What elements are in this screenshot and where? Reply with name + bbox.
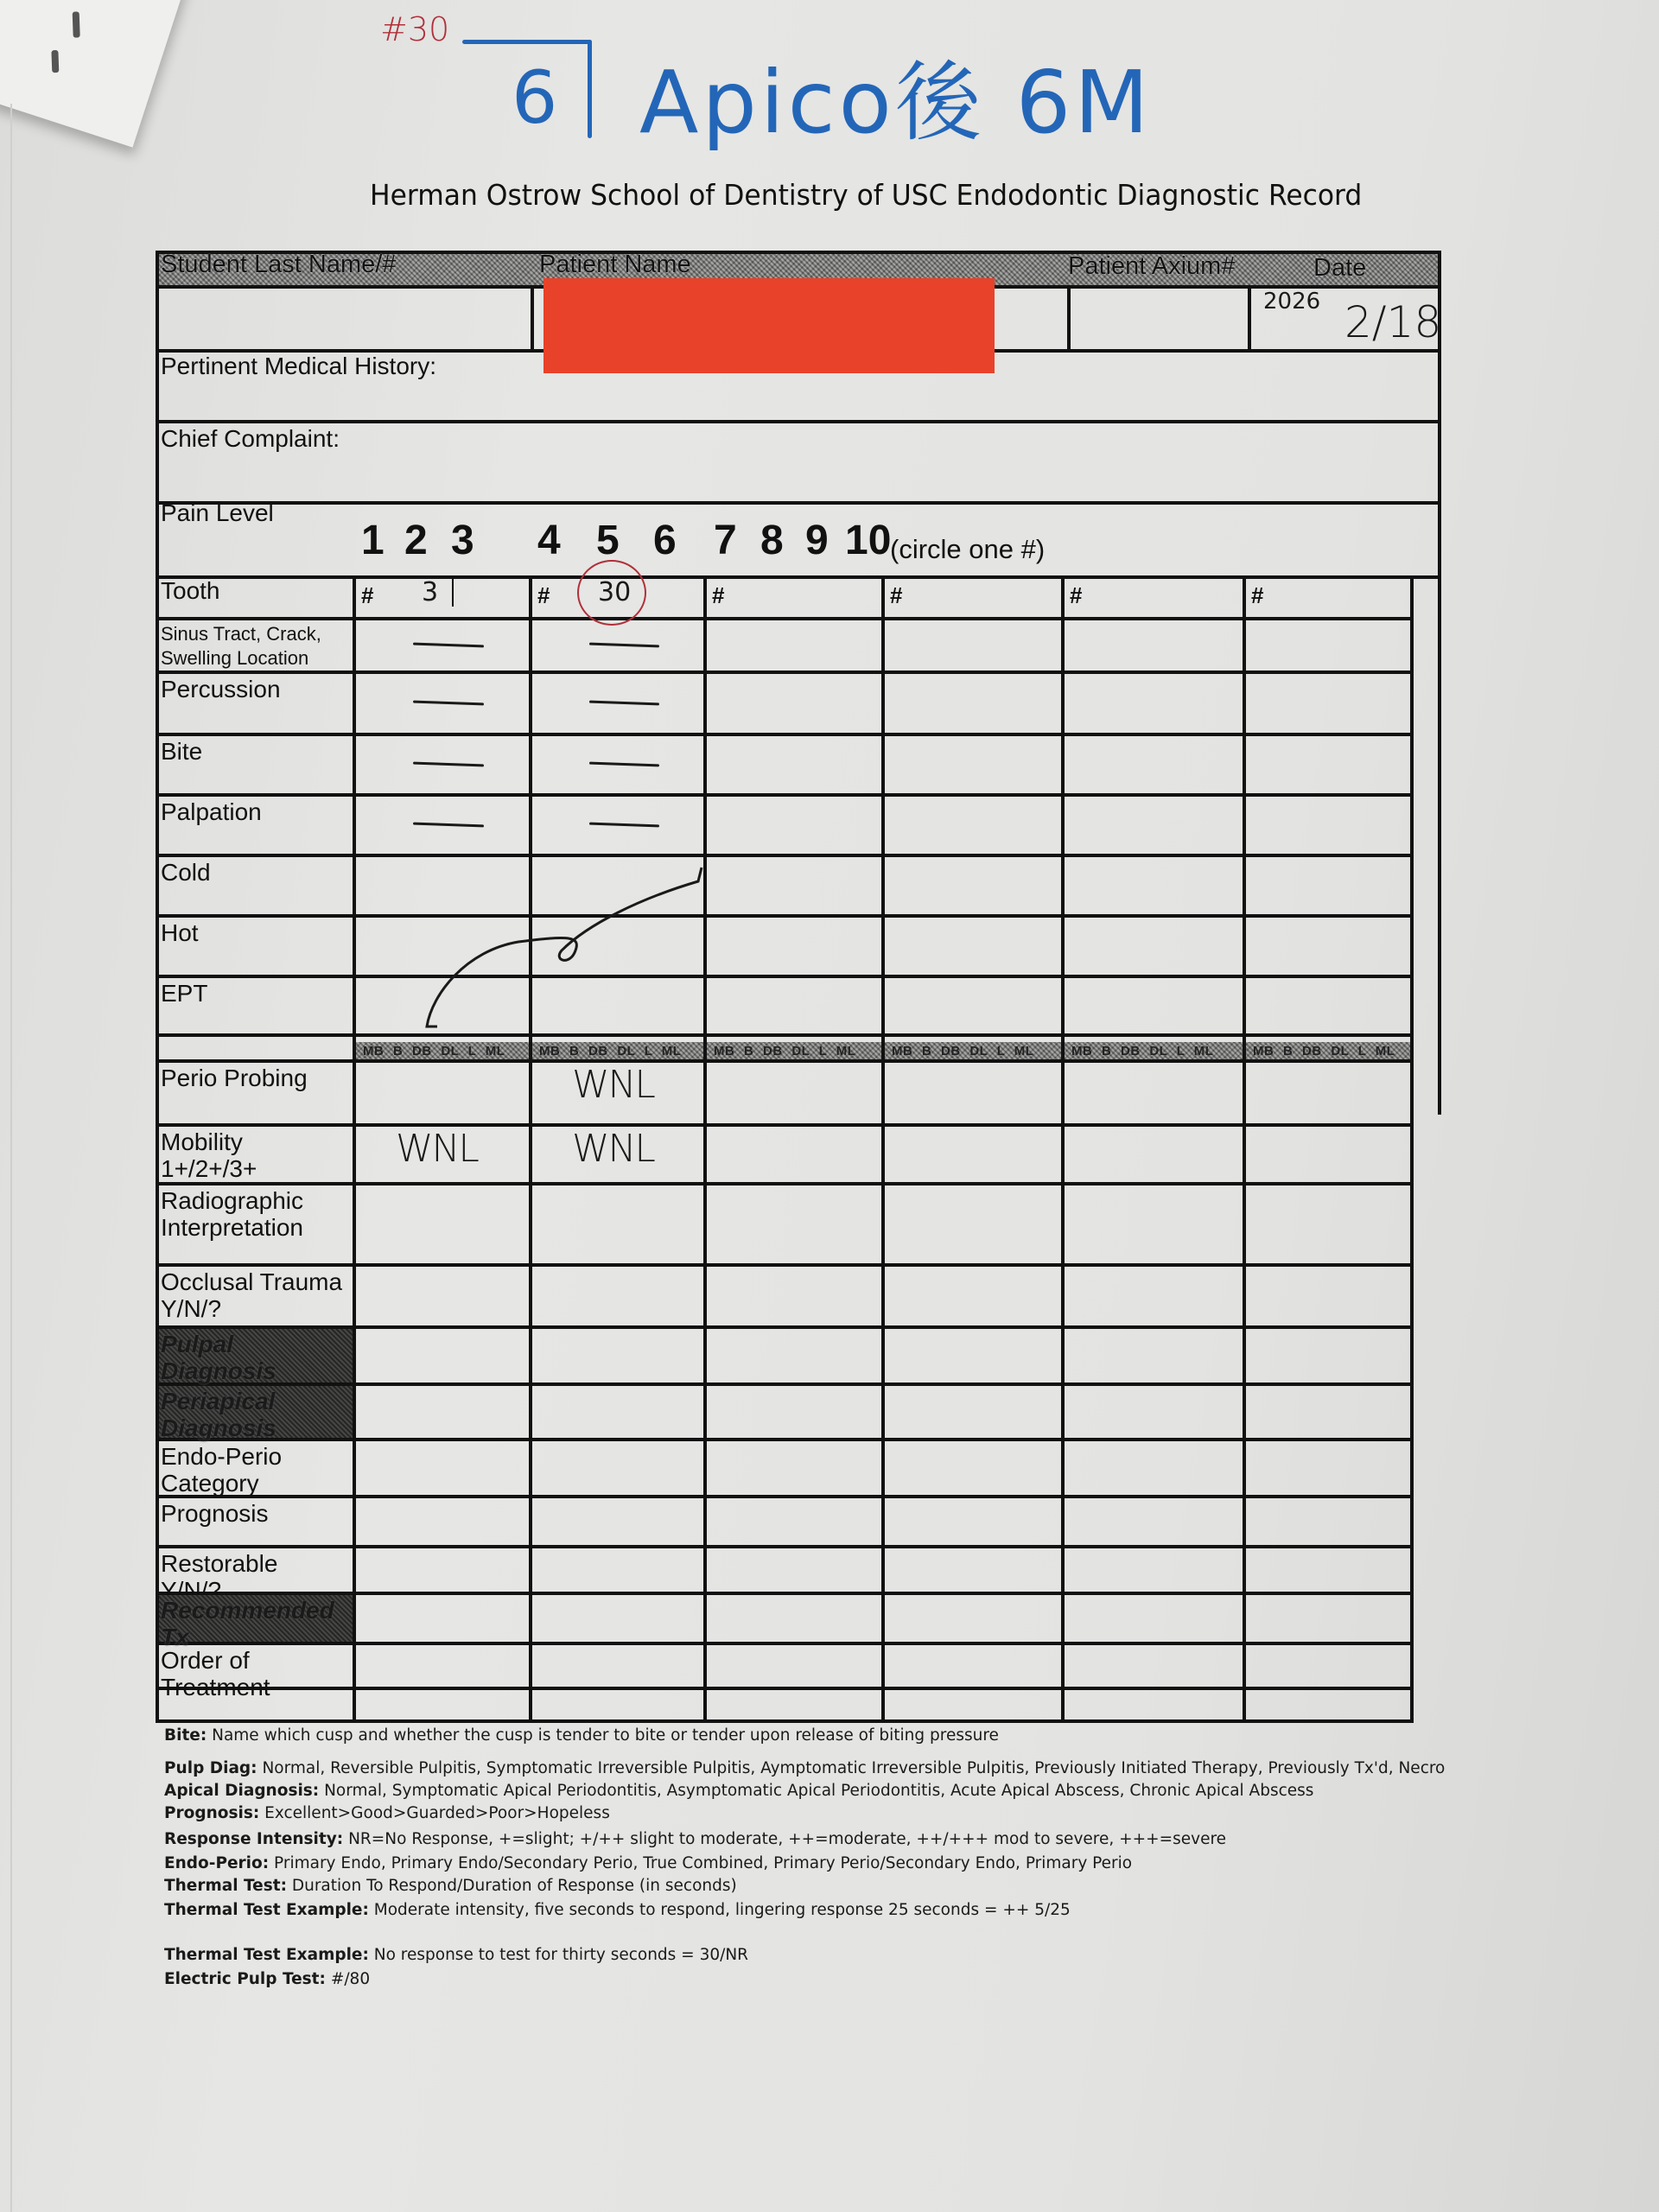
handwritten-stroke — [452, 579, 454, 607]
tooth-hash: # — [361, 582, 373, 609]
row-label-0: Sinus Tract, Crack, Swelling Location — [161, 622, 344, 670]
rule — [1438, 251, 1441, 1115]
row-label-10: Occlusal Trauma Y/N/? — [161, 1268, 344, 1323]
tooth-hash: # — [890, 582, 902, 609]
rule — [156, 975, 1410, 978]
rule — [703, 575, 707, 1723]
date-handwritten: 2/18 — [1344, 297, 1441, 347]
rule — [1067, 285, 1071, 349]
handwritten-value[interactable]: WNL — [396, 1127, 478, 1171]
legend-line-7: Thermal Test Example: Moderate intensity… — [164, 1901, 1071, 1919]
pain-scale-option-6[interactable]: 6 — [653, 517, 677, 564]
row-label-7: Perio Probing — [161, 1065, 344, 1091]
legend-line-1: Pulp Diag: Normal, Reversible Pulpitis, … — [164, 1759, 1445, 1777]
legend-text: No response to test for thirty seconds =… — [369, 1946, 748, 1964]
rule — [156, 671, 1410, 674]
handwritten-dash — [589, 643, 659, 648]
quadrant-bracket-vertical — [588, 40, 592, 138]
handwritten-dash — [413, 643, 484, 648]
rule — [531, 285, 534, 349]
handwritten-title: Apico後 6M — [639, 33, 1153, 157]
rule — [1243, 575, 1246, 1723]
legend-line-2: Apical Diagnosis: Normal, Symptomatic Ap… — [164, 1782, 1313, 1800]
rule — [156, 854, 1410, 857]
pain-scale-note: (circle one #) — [890, 534, 1045, 565]
row-label-5: Hot — [161, 919, 344, 946]
tooth-label: Tooth — [161, 577, 220, 604]
tooth-hash: # — [1070, 582, 1082, 609]
pain-scale-option-2[interactable]: 2 — [404, 517, 428, 564]
legend-line-9: Electric Pulp Test: #/80 — [164, 1970, 370, 1988]
staple-mark — [51, 50, 59, 73]
row-label-6: EPT — [161, 980, 344, 1007]
date-year-handwritten: 2026 — [1263, 289, 1320, 315]
handwritten-dash — [413, 701, 484, 706]
rule — [156, 1123, 1410, 1127]
legend-text: Moderate intensity, five seconds to resp… — [369, 1901, 1071, 1919]
legend-line-8: Thermal Test Example: No response to tes… — [164, 1946, 748, 1964]
document-title: Herman Ostrow School of Dentistry of USC… — [370, 178, 1362, 212]
rule — [156, 1719, 1410, 1723]
rule — [156, 1033, 1410, 1037]
red-circle-annotation — [577, 560, 646, 626]
row-label-13: Endo-Perio Category — [161, 1443, 344, 1497]
row-label-17: Order of Treatment — [161, 1647, 344, 1701]
pain-scale-option-3[interactable]: 3 — [451, 517, 474, 564]
perio-site-labels: MB B DB DL L ML — [1253, 1044, 1395, 1058]
row-label-2: Bite — [161, 738, 344, 765]
perio-site-labels: MB B DB DL L ML — [539, 1044, 681, 1058]
rule — [1410, 575, 1414, 1723]
medical-history-label: Pertinent Medical History: — [161, 353, 436, 379]
rule — [353, 575, 356, 1723]
folded-paper-corner — [0, 0, 186, 148]
handwritten-dash — [413, 762, 484, 767]
rule — [156, 793, 1410, 797]
legend-key: Pulp Diag: — [164, 1759, 257, 1777]
legend-text: Normal, Symptomatic Apical Periodontitis… — [319, 1782, 1313, 1800]
legend-text: Excellent>Good>Guarded>Poor>Hopeless — [259, 1804, 610, 1822]
perio-site-labels: MB B DB DL L ML — [892, 1044, 1033, 1058]
legend-text: #/80 — [326, 1970, 370, 1988]
handwritten-dash — [589, 762, 659, 767]
rule — [1061, 575, 1065, 1723]
pain-scale-option-1[interactable]: 1 — [361, 517, 385, 564]
legend-key: Thermal Test Example: — [164, 1946, 369, 1964]
rule — [156, 617, 1410, 620]
legend-line-6: Thermal Test: Duration To Respond/Durati… — [164, 1877, 737, 1895]
patient-name-redaction — [543, 278, 995, 373]
rule — [156, 501, 1438, 505]
row-label-1: Percussion — [161, 676, 344, 702]
quadrant-bracket-horizontal — [462, 40, 592, 44]
tooth-number-3[interactable]: 3 — [422, 577, 438, 607]
perio-site-labels: MB B DB DL L ML — [363, 1044, 505, 1058]
handwritten-dash — [413, 823, 484, 828]
pain-scale-option-8[interactable]: 8 — [760, 517, 784, 564]
legend-line-0: Bite: Name which cusp and whether the cu… — [164, 1726, 999, 1745]
staple-mark — [73, 11, 80, 37]
legend-text: Primary Endo, Primary Endo/Secondary Per… — [269, 1854, 1132, 1872]
row-label-9: Radiographic Interpretation — [161, 1187, 344, 1242]
row-label-14: Prognosis — [161, 1500, 344, 1527]
legend-text: Normal, Reversible Pulpitis, Symptomatic… — [257, 1759, 1446, 1777]
tooth-hash: # — [1251, 582, 1263, 609]
legend-key: Response Intensity: — [164, 1830, 343, 1848]
legend-key: Apical Diagnosis: — [164, 1782, 319, 1800]
pain-scale-option-10[interactable]: 10 — [845, 517, 891, 564]
rule — [156, 1545, 1410, 1548]
legend-key: Electric Pulp Test: — [164, 1970, 326, 1988]
row-label-16: Recommended Tx — [161, 1597, 344, 1651]
rule — [1248, 285, 1251, 349]
patient-axium-label: Patient Axium# — [1068, 252, 1235, 280]
rule — [156, 420, 1438, 423]
legend-key: Prognosis: — [164, 1804, 259, 1822]
legend-key: Endo-Perio: — [164, 1854, 269, 1872]
row-label-12: Periapical Diagnosis — [161, 1388, 344, 1442]
handwritten-quadrant-tooth: 6 — [512, 55, 557, 140]
page-edge — [10, 104, 12, 2212]
rule — [156, 1263, 1410, 1267]
rule — [156, 733, 1410, 736]
pain-scale-option-9[interactable]: 9 — [805, 517, 829, 564]
rule — [156, 251, 159, 1719]
rule — [156, 914, 1410, 918]
rule — [156, 1059, 1410, 1063]
legend-line-5: Endo-Perio: Primary Endo, Primary Endo/S… — [164, 1854, 1132, 1872]
handwritten-dash — [589, 701, 659, 706]
legend-text: NR=No Response, +=slight; +/++ slight to… — [343, 1830, 1226, 1848]
legend-text: Name which cusp and whether the cusp is … — [207, 1726, 999, 1745]
row-label-8: Mobility 1+/2+/3+ — [161, 1128, 344, 1183]
pain-level-label: Pain Level — [161, 499, 274, 526]
handwritten-dash — [589, 823, 659, 828]
patient-name-label: Patient Name — [539, 251, 691, 278]
rule — [529, 575, 532, 1723]
legend-line-4: Response Intensity: NR=No Response, +=sl… — [164, 1830, 1226, 1848]
legend-key: Bite: — [164, 1726, 207, 1745]
date-label: Date — [1313, 254, 1366, 282]
pain-scale-option-4[interactable]: 4 — [537, 517, 561, 564]
row-label-4: Cold — [161, 859, 344, 886]
legend-text: Duration To Respond/Duration of Response… — [287, 1877, 737, 1895]
perio-site-labels: MB B DB DL L ML — [1071, 1044, 1213, 1058]
handwritten-value[interactable]: WNL — [572, 1063, 654, 1107]
row-label-3: Palpation — [161, 798, 344, 825]
student-name-label: Student Last Name/# — [161, 251, 396, 278]
row-label-11: Pulpal Diagnosis — [161, 1331, 344, 1385]
perio-site-labels: MB B DB DL L ML — [714, 1044, 855, 1058]
legend-key: Thermal Test: — [164, 1877, 287, 1895]
chief-complaint-label: Chief Complaint: — [161, 425, 340, 452]
rule — [881, 575, 885, 1723]
handwritten-value[interactable]: WNL — [572, 1127, 654, 1171]
pain-scale-option-7[interactable]: 7 — [714, 517, 737, 564]
pain-scale-option-5[interactable]: 5 — [596, 517, 620, 564]
legend-key: Thermal Test Example: — [164, 1901, 369, 1919]
tooth-hash: # — [537, 582, 550, 609]
handwritten-tooth-note: #30 — [380, 10, 449, 48]
tooth-hash: # — [712, 582, 724, 609]
legend-line-3: Prognosis: Excellent>Good>Guarded>Poor>H… — [164, 1804, 610, 1822]
